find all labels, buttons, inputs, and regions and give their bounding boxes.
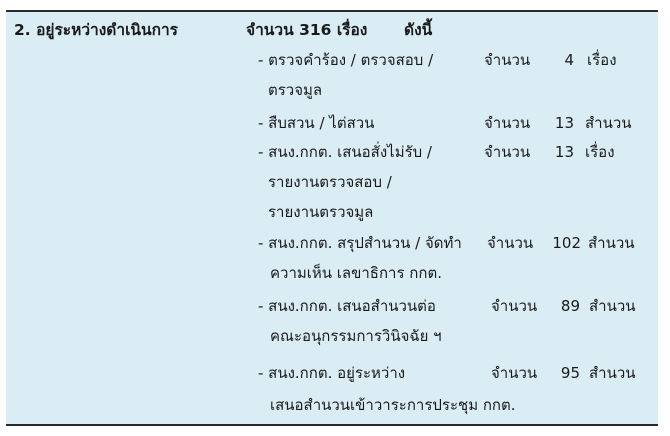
item-2-count: 13 xyxy=(540,143,574,161)
item-4-count-label: จำนวน xyxy=(491,297,537,315)
item-2-line-1: รายงานตรวจสอบ / xyxy=(268,173,392,191)
item-2-line-2: รายงานตรวจมูล xyxy=(268,203,373,221)
item-4-line-1: คณะอนุกรรมการวินิจฉัย ฯ xyxy=(270,327,442,345)
item-5-unit: สำนวน xyxy=(589,364,636,382)
item-2-line-0: - สนง.กกต. เสนอสั่งไม่รับ / xyxy=(258,143,432,161)
item-2-unit: เรื่อง xyxy=(585,143,615,161)
item-0-count: 4 xyxy=(540,51,574,69)
item-0-line-1: ตรวจมูล xyxy=(268,81,322,99)
item-4-unit: สำนวน xyxy=(589,297,636,315)
item-5-line-1: เสนอสำนวนเข้าวาระการประชุม กกต. xyxy=(270,396,516,414)
item-0-line-0: - ตรวจคำร้อง / ตรวจสอบ / xyxy=(258,51,433,69)
section-summary-suffix: ดังนี้ xyxy=(404,21,432,39)
item-0-unit: เรื่อง xyxy=(587,51,617,69)
item-3-count-label: จำนวน xyxy=(487,234,533,252)
item-3-count: 102 xyxy=(547,234,581,252)
item-5-count: 95 xyxy=(546,364,580,382)
item-1-count-label: จำนวน xyxy=(484,114,530,132)
item-5-count-label: จำนวน xyxy=(491,364,537,382)
item-3-unit: สำนวน xyxy=(588,234,635,252)
item-3-line-1: ความเห็น เลขาธิการ กกต. xyxy=(270,264,442,282)
item-4-line-0: - สนง.กกต. เสนอสำนวนต่อ xyxy=(258,297,436,315)
item-1-unit: สำนวน xyxy=(585,114,632,132)
item-1-line-0: - สืบสวน / ไต่สวน xyxy=(258,114,374,132)
section-summary: จำนวน 316 เรื่อง xyxy=(246,21,367,39)
item-0-count-label: จำนวน xyxy=(484,51,530,69)
item-2-count-label: จำนวน xyxy=(484,143,530,161)
item-5-line-0: - สนง.กกต. อยู่ระหว่าง xyxy=(258,364,405,382)
section-title: 2. อยู่ระหว่างดำเนินการ xyxy=(14,21,178,39)
item-4-count: 89 xyxy=(546,297,580,315)
item-1-count: 13 xyxy=(540,114,574,132)
item-3-line-0: - สนง.กกต. สรุปสำนวน / จัดทำ xyxy=(258,234,462,252)
